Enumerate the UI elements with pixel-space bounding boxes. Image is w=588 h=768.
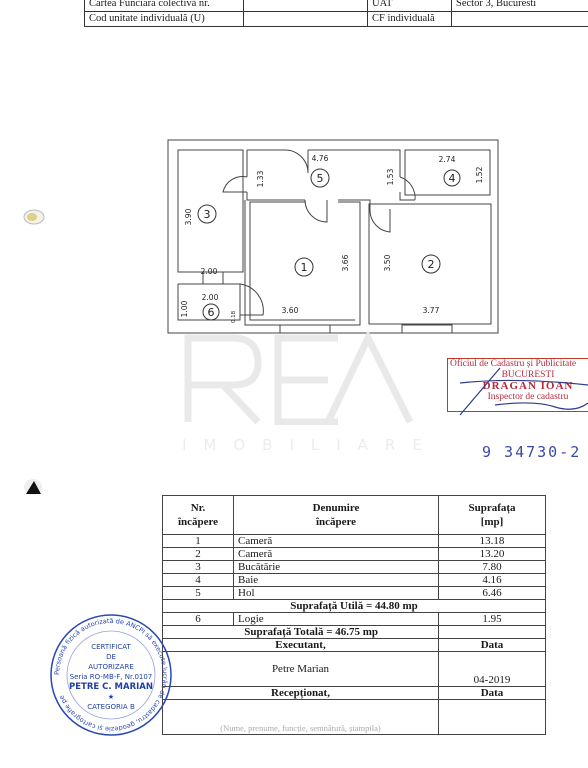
executant-row: Petre Marian 04-2019	[163, 652, 546, 687]
dim-3-length: 3.90	[184, 208, 193, 225]
uat-value: Sector 3, Bucuresti	[452, 0, 588, 12]
room-nr: 4	[163, 574, 234, 587]
room-number-2: 2	[428, 258, 435, 271]
dim-5-length: 1.33	[256, 170, 265, 187]
dim-5-length2: 1.53	[386, 168, 395, 185]
cf-individual-value	[452, 12, 588, 27]
room-name: Baie	[234, 574, 439, 587]
unit-code-label: Cod unitate individuală (U)	[85, 12, 244, 27]
cf-collective-value	[244, 0, 368, 12]
seal-line: CERTIFICAT	[48, 642, 174, 652]
total-area-row: Suprafață Totală = 46.75 mp	[163, 626, 546, 639]
room-area: 7.80	[439, 561, 546, 574]
room-name: Logie	[234, 613, 439, 626]
room-name: Cameră	[234, 548, 439, 561]
cf-individual-label: CF individuală	[368, 12, 452, 27]
watermark-subtitle: IMOBILIARE	[182, 436, 422, 454]
floor-plan: 5 4 3 1 2 6 4.76 2.74 3.60 3.77 2.00 2.0…	[165, 137, 505, 337]
table-row: Cod unitate individuală (U) CF individua…	[85, 12, 588, 27]
room-area: 13.18	[439, 535, 546, 548]
room-number-1: 1	[301, 261, 308, 274]
signature-icon	[455, 365, 588, 417]
received-date	[439, 700, 546, 735]
room-area: 13.20	[439, 548, 546, 561]
table-row: 2 Cameră 13.20	[163, 548, 546, 561]
punch-hole-icon	[22, 478, 44, 496]
dim-2-width: 3.77	[423, 306, 440, 315]
dim-4-length: 1.52	[475, 166, 484, 183]
seal-center-text: CERTIFICAT DE AUTORIZARE Seria RO-MB-F, …	[48, 642, 174, 712]
room-area-table: Nr.încăpere Denumireîncăpere Suprafața[m…	[162, 495, 546, 735]
room-nr: 2	[163, 548, 234, 561]
room-nr: 3	[163, 561, 234, 574]
room-nr: 5	[163, 587, 234, 600]
room-number-3: 3	[204, 208, 211, 221]
seal-holder-name: PETRE C. MARIAN	[48, 682, 174, 692]
dim-6-extra: 0.18	[231, 310, 237, 323]
registration-number: 9 34730-2	[482, 443, 581, 461]
dim-1-width: 3.60	[282, 306, 299, 315]
table-row: 3 Bucătărie 7.80	[163, 561, 546, 574]
header-room-number: Nr.încăpere	[163, 496, 234, 535]
room-area: 6.46	[439, 587, 546, 600]
dim-4-width: 2.74	[439, 155, 456, 164]
executant-header-row: Executant, Data	[163, 639, 546, 652]
property-info-table: Cartea Funciara colectivă nr. UAT Sector…	[84, 0, 588, 27]
room-name: Bucătărie	[234, 561, 439, 574]
table-row: 5 Hol 6.46	[163, 587, 546, 600]
room-name: Hol	[234, 587, 439, 600]
executant-name: Petre Marian	[163, 652, 439, 687]
received-hint: (Nume, prenume, funcție, semnătură, ștam…	[163, 700, 439, 735]
table-row: 1 Cameră 13.18	[163, 535, 546, 548]
total-area: Suprafață Totală = 46.75 mp	[163, 626, 439, 639]
seal-line: Seria RO-MB-F, Nr.0107	[48, 672, 174, 682]
room-number-4: 4	[449, 172, 456, 185]
dim-2-length: 3.50	[383, 254, 392, 271]
executant-label: Executant,	[163, 639, 439, 652]
table-row: Cartea Funciara colectivă nr. UAT Sector…	[85, 0, 588, 12]
room-name: Cameră	[234, 535, 439, 548]
useful-area: Suprafață Utilă = 44.80 mp	[163, 600, 546, 613]
dim-3-width: 2.00	[201, 267, 218, 276]
table-row: 4 Baie 4.16	[163, 574, 546, 587]
room-area: 4.16	[439, 574, 546, 587]
header-area: Suprafața[mp]	[439, 496, 546, 535]
watermark-logo	[178, 330, 418, 425]
header-room-name: Denumireîncăpere	[234, 496, 439, 535]
dim-5-width: 4.76	[312, 154, 329, 163]
useful-area-row: Suprafață Utilă = 44.80 mp	[163, 600, 546, 613]
cf-collective-label: Cartea Funciara colectivă nr.	[85, 0, 244, 12]
table-row: 6 Logie 1.95	[163, 613, 546, 626]
date-label: Data	[439, 639, 546, 652]
received-header-row: Recepționat, Data	[163, 687, 546, 700]
seal-line: DE	[48, 652, 174, 662]
dim-6-length: 1.00	[180, 300, 189, 317]
executant-date: 04-2019	[439, 652, 546, 687]
received-row: (Nume, prenume, funcție, semnătură, ștam…	[163, 700, 546, 735]
table-header-row: Nr.încăpere Denumireîncăpere Suprafața[m…	[163, 496, 546, 535]
dim-1-length: 3.66	[341, 254, 350, 271]
room-number-6: 6	[208, 306, 215, 319]
received-date-label: Data	[439, 687, 546, 700]
room-number-5: 5	[317, 172, 324, 185]
seal-category: CATEGORIA B	[48, 702, 174, 712]
received-label: Recepționat,	[163, 687, 439, 700]
dim-6-width: 2.00	[202, 293, 219, 302]
punch-hole-icon	[22, 208, 46, 226]
room-area: 1.95	[439, 613, 546, 626]
room-nr: 1	[163, 535, 234, 548]
unit-code-value	[244, 12, 368, 27]
star-icon: ★	[48, 692, 174, 702]
seal-line: AUTORIZARE	[48, 662, 174, 672]
uat-label: UAT	[368, 0, 452, 12]
